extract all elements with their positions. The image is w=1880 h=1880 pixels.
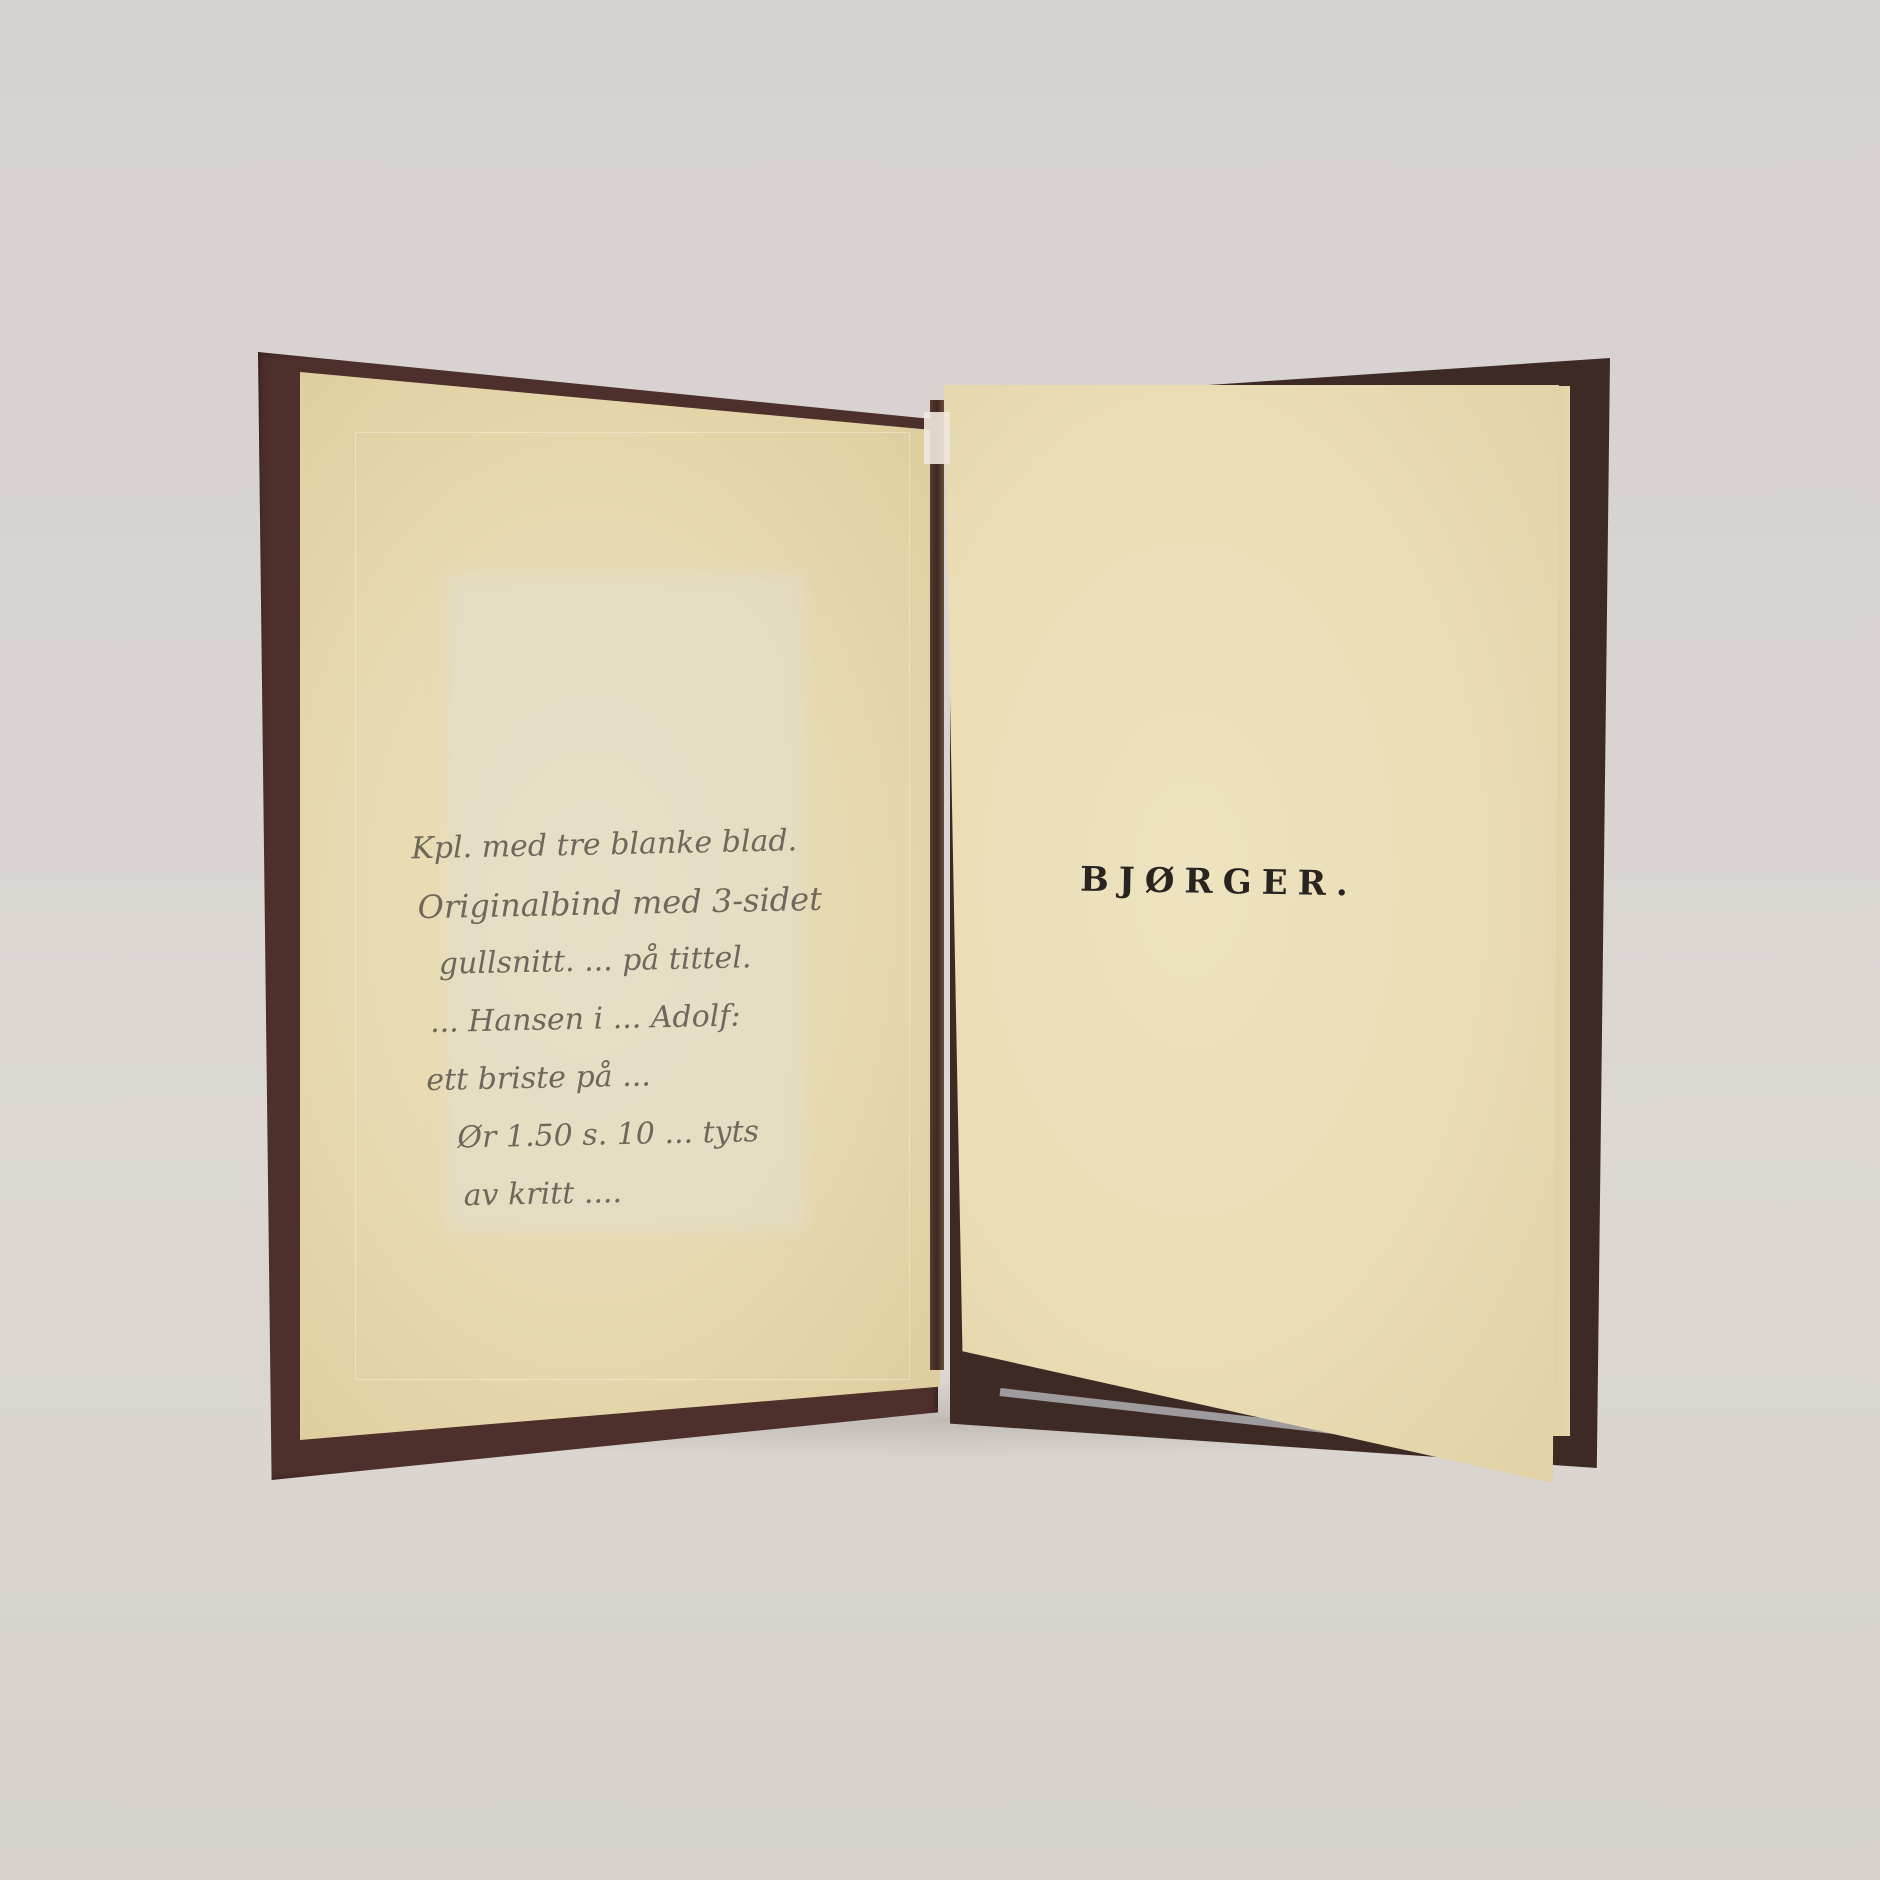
note-line: ... Hansen i ... Adolf:: [429, 984, 930, 1052]
note-line: Originalbind med 3-sidet: [417, 868, 928, 937]
note-line: gullsnitt. ... på tittel.: [438, 926, 929, 994]
note-line: Kpl. med tre blanke blad.: [411, 810, 927, 879]
note-line: ett briste på ...: [426, 1042, 932, 1111]
binding-tape: [924, 412, 950, 464]
book-photo-scene: Kpl. med tre blanke blad. Originalbind m…: [0, 0, 1880, 1880]
note-line: av kritt ....: [463, 1158, 934, 1226]
handwritten-note: Kpl. med tre blanke blad. Originalbind m…: [406, 810, 934, 1227]
spine-gutter: [930, 400, 944, 1370]
book-title: BJØRGER.: [1080, 860, 1358, 905]
title-page: [944, 385, 1559, 1483]
note-line: Ør 1.50 s. 10 ... tyts: [457, 1100, 933, 1168]
